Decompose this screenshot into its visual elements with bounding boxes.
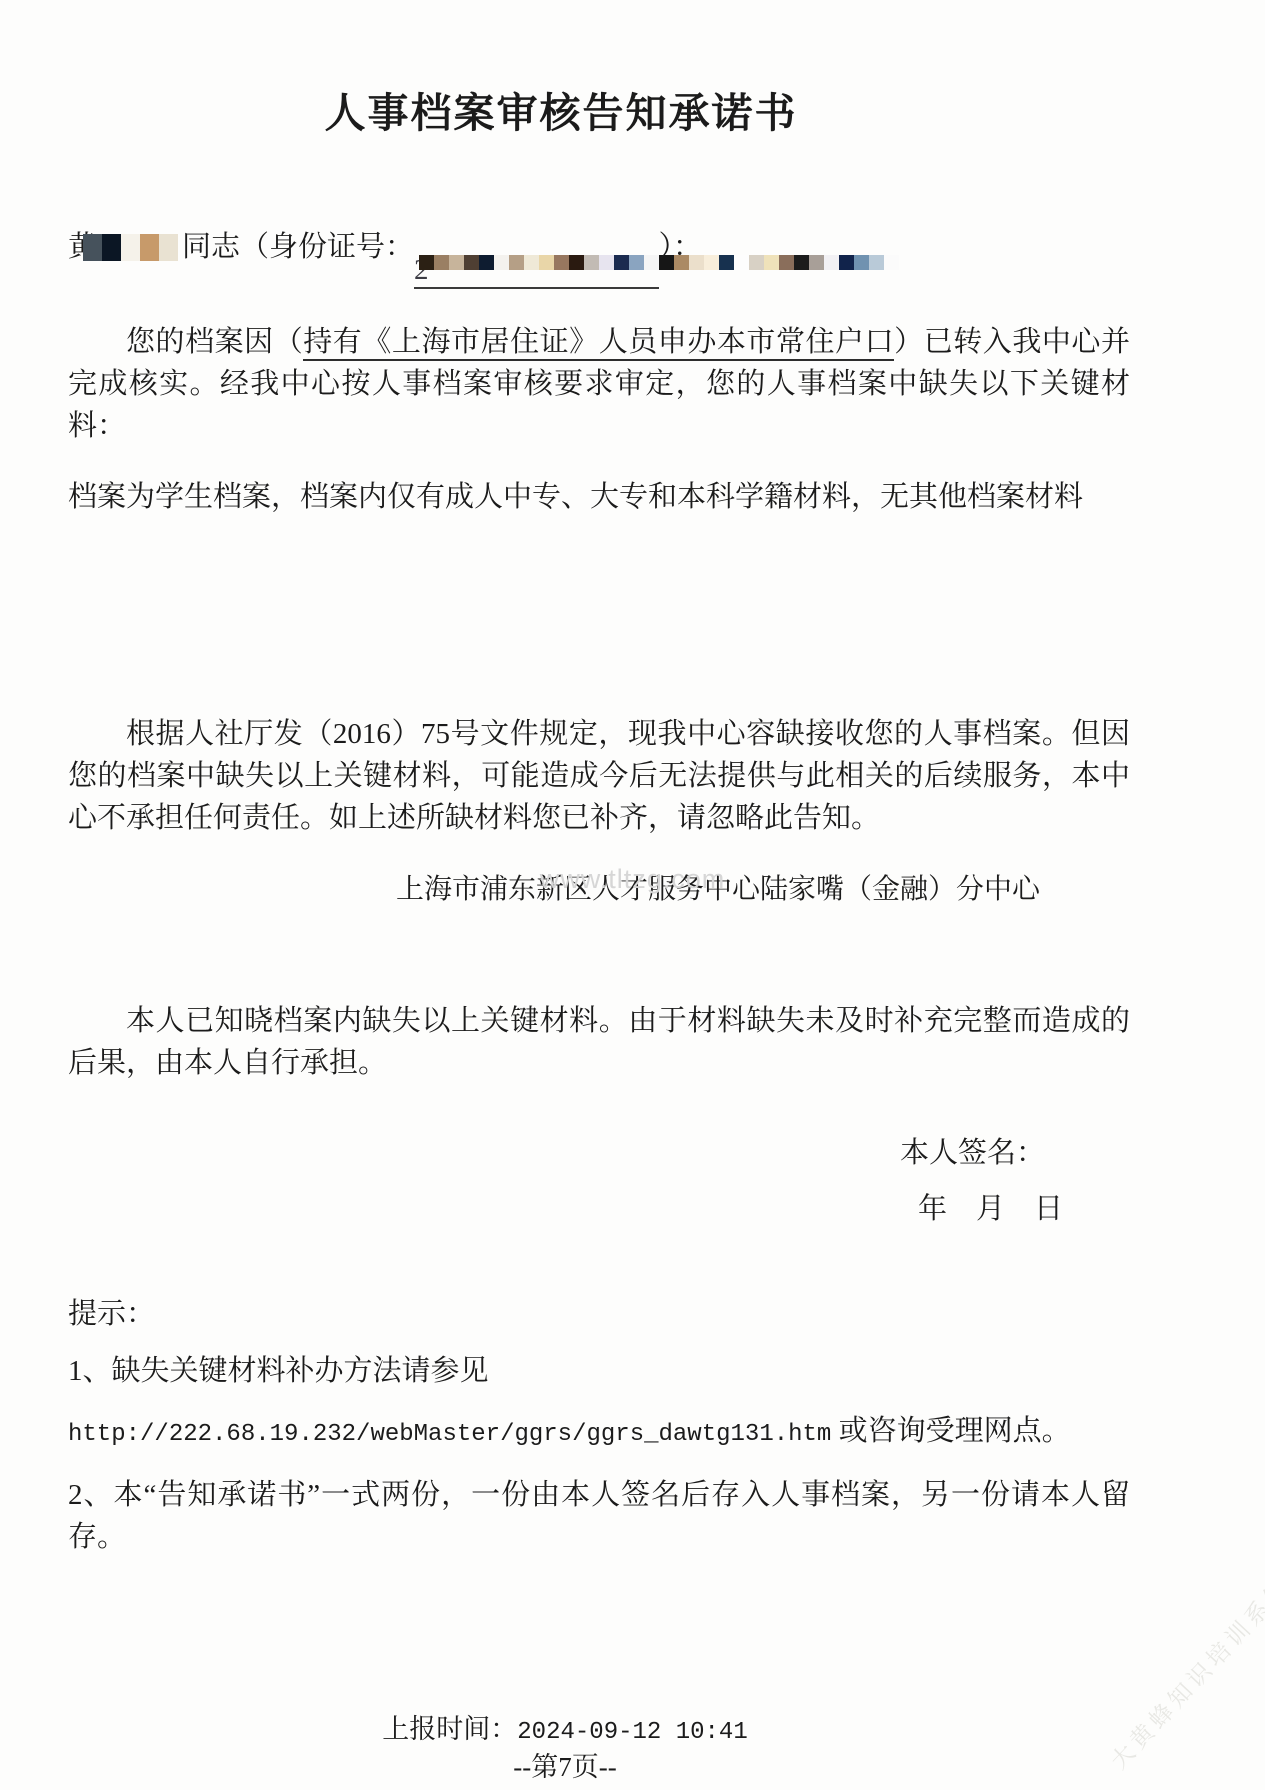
date-placeholder-line: 年 月 日 [68, 1188, 1130, 1230]
report-time-line: 上报时间：2024-09-12 10:41 [0, 1712, 1130, 1750]
center-watermark: www.tltzg.com [0, 864, 1265, 894]
corner-watermark: 大黄蜂知识培训系统 [1100, 1567, 1265, 1780]
report-time-label: 上报时间： [382, 1714, 517, 1744]
tip-url-line: http://222.68.19.232/webMaster/ggrs/ggrs… [68, 1410, 1130, 1456]
paragraph-archive-transfer: 您的档案因（持有《上海市居住证》人员申办本市常住户口）已转入我中心并完成核实。经… [68, 321, 1130, 447]
name-redaction-mosaic [83, 234, 178, 261]
salutation-colon: ）： [659, 231, 703, 263]
notice-document: 人事档案审核告知承诺书 黄同志（身份证号：2）： 您的档案因（持有《上海市居住证… [0, 0, 1265, 1558]
id-number-redacted: 2 [414, 255, 659, 289]
tip-item-1: 1、缺失关键材料补办方法请参见 [68, 1350, 1130, 1392]
url-tail-text: 或咨询受理网点。 [831, 1415, 1070, 1447]
paragraph-policy-notice: 根据人社厅发（2016）75号文件规定，现我中心容缺接收您的人事档案。但因您的档… [68, 713, 1130, 839]
personal-signature-label: 本人签名： [68, 1132, 1130, 1174]
para1-underlined-reason: 持有《上海市居住证》人员申办本市常住户口 [303, 326, 894, 361]
tip-item-2: 2、本“告知承诺书”一式两份，一份由本人签名后存入人事档案，另一份请本人留存。 [68, 1474, 1130, 1558]
reference-url: http://222.68.19.232/webMaster/ggrs/ggrs… [68, 1421, 831, 1448]
salutation-text: 同志（身份证号： [182, 231, 414, 263]
para1-lead: 您的档案因（ [126, 326, 303, 358]
page-number: --第7页-- [0, 1750, 1130, 1784]
id-redaction-mosaic [419, 255, 659, 270]
page-footer: 上报时间：2024-09-12 10:41 --第7页-- [0, 1712, 1130, 1784]
tips-heading: 提示： [68, 1293, 1130, 1335]
missing-materials-line: 档案为学生档案，档案内仅有成人中专、大专和本科学籍材料，无其他档案材料 [68, 476, 1130, 518]
paragraph-acknowledgement: 本人已知晓档案内缺失以上关键材料。由于材料缺失未及时补充完整而造成的后果，由本人… [68, 1000, 1130, 1084]
report-time-value: 2024-09-12 10:41 [517, 1719, 747, 1746]
salutation-line: 黄同志（身份证号：2）： [68, 226, 1130, 289]
document-title: 人事档案审核告知承诺书 [30, 0, 1092, 138]
document-page: { "doc": { "title": "人事档案审核告知承诺书", "salu… [0, 0, 1265, 1790]
